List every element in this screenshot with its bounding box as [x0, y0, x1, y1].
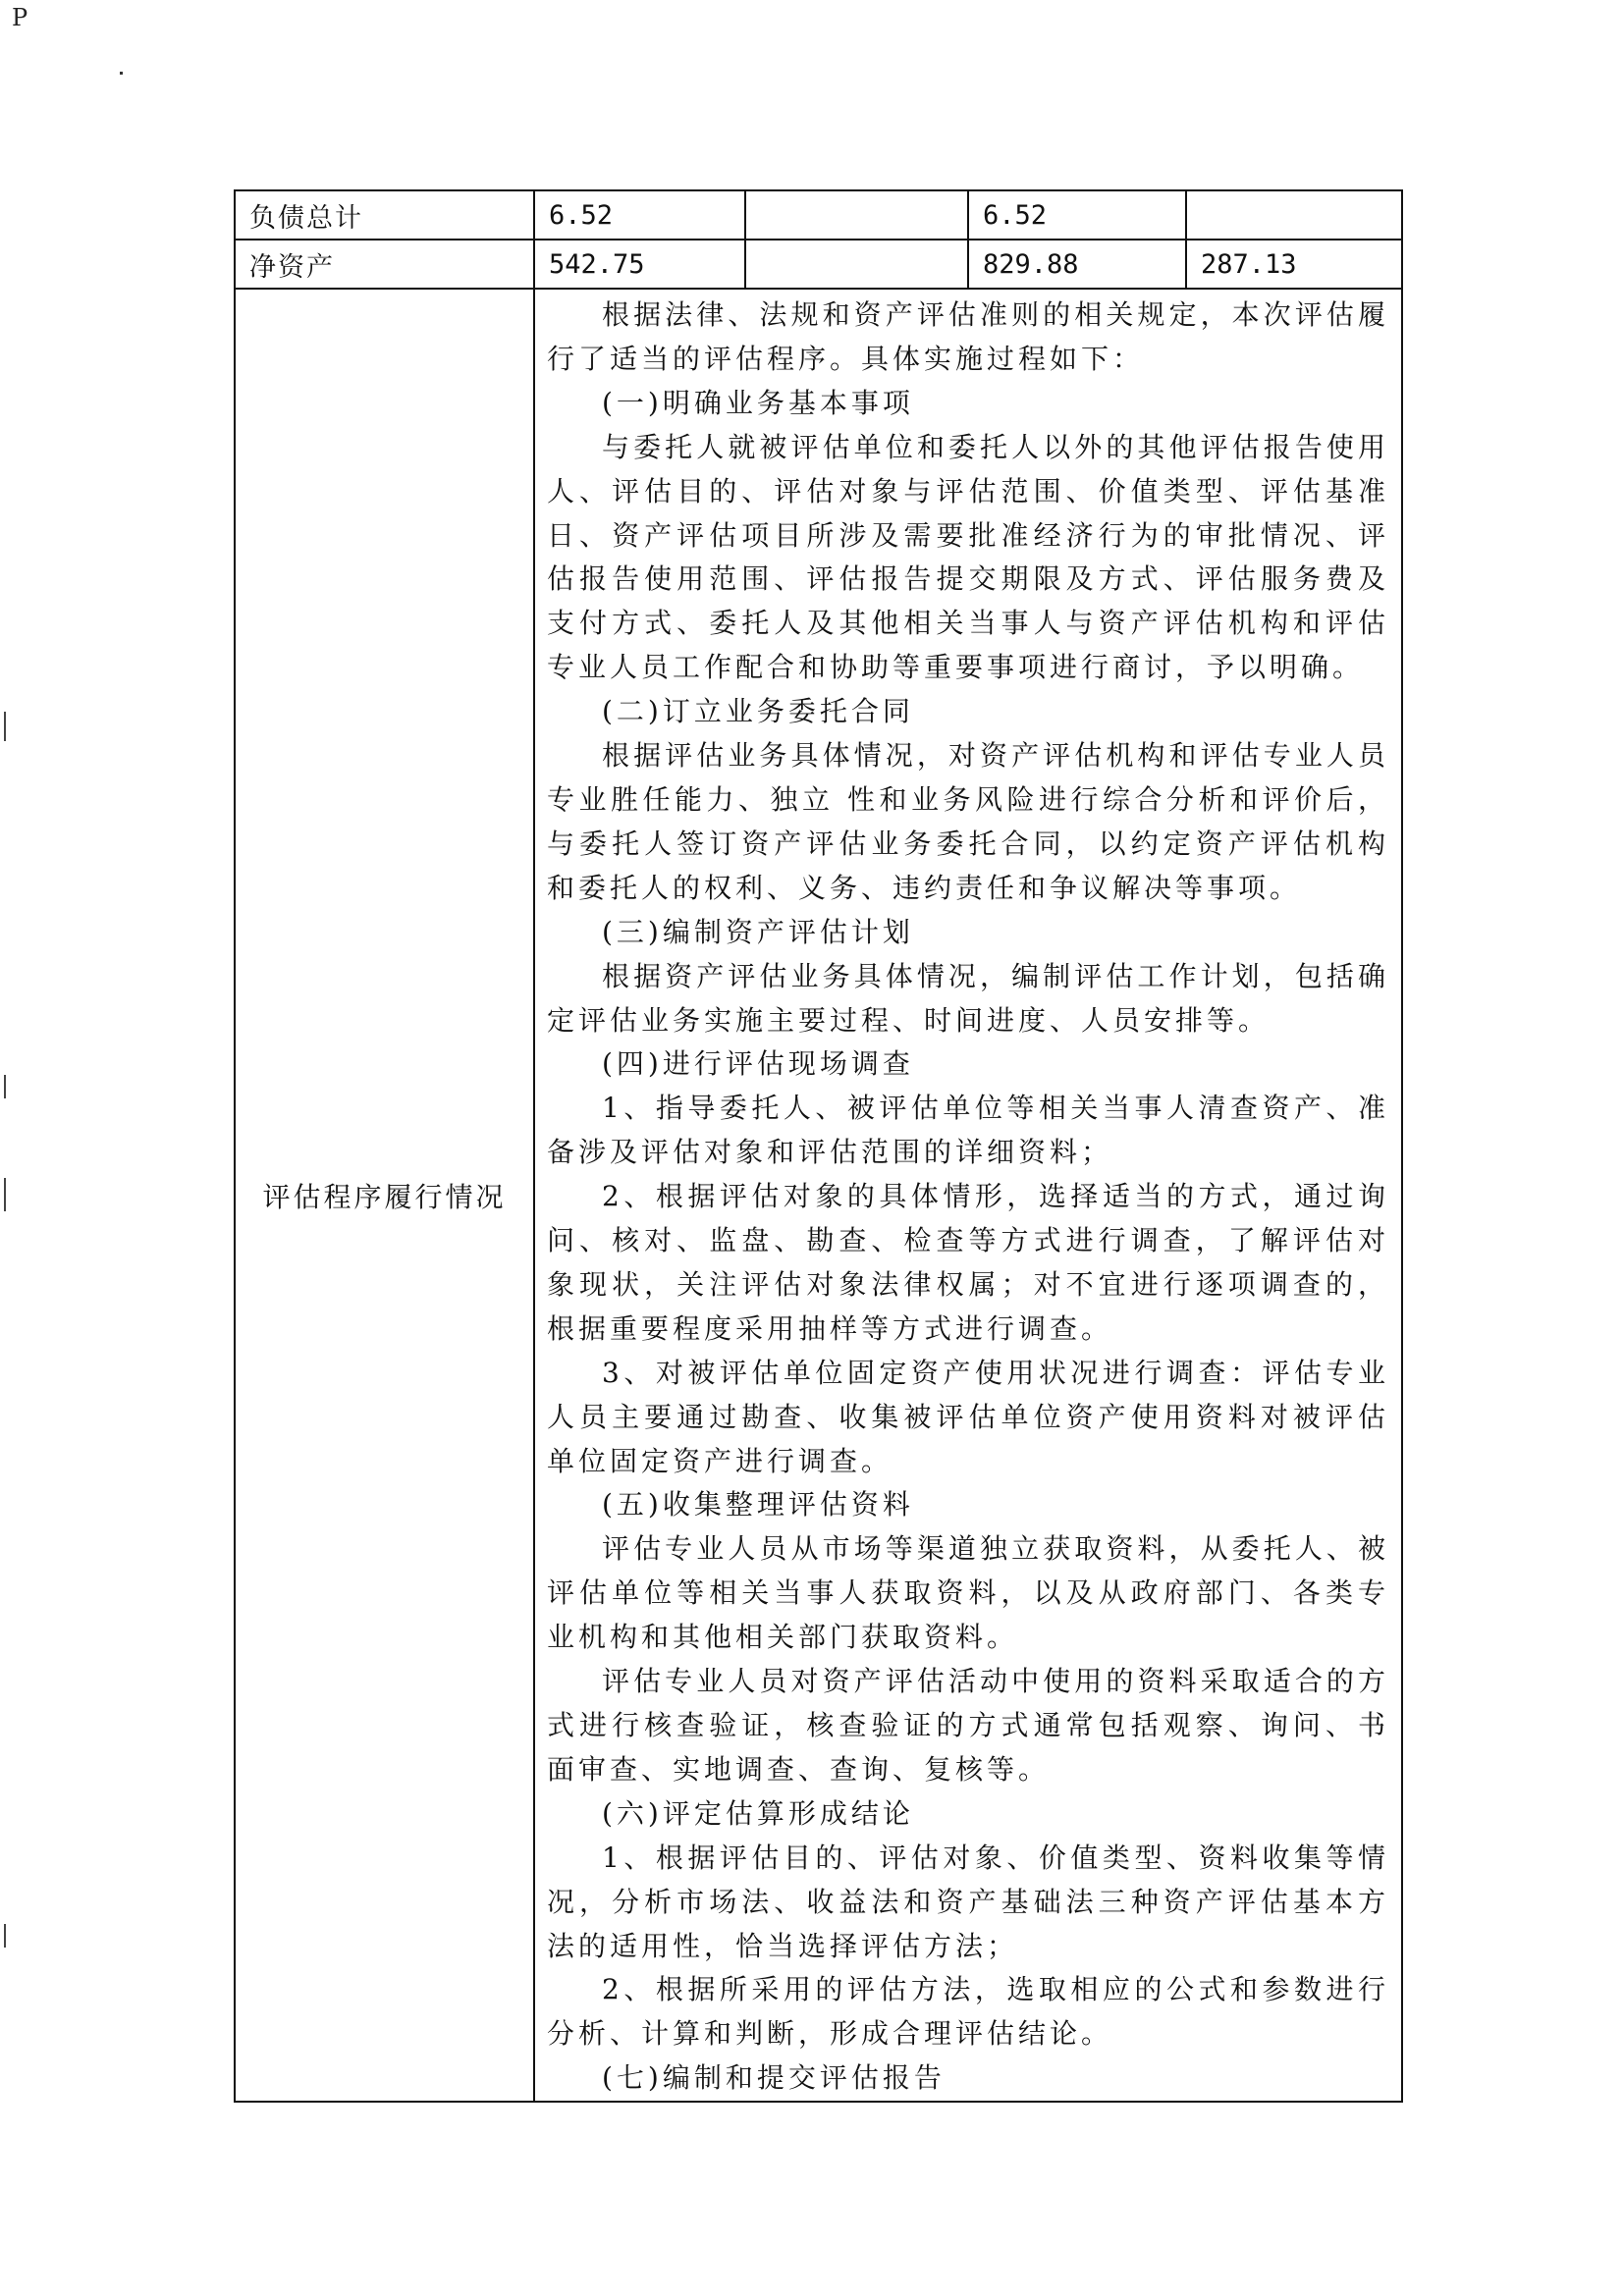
paragraph: 1、指导委托人、被评估单位等相关当事人清查资产、准备涉及评估对象和评估范围的详细…	[547, 1087, 1389, 1175]
paragraph: 2、根据所采用的评估方法，选取相应的公式和参数进行分析、计算和判断，形成合理评估…	[547, 1968, 1389, 2056]
cell-value	[1186, 190, 1402, 240]
cell-value: 6.52	[534, 190, 745, 240]
scan-corner-mark: P	[12, 4, 27, 31]
subheading: (四)进行评估现场调查	[547, 1042, 1389, 1087]
paragraph: 3、对被评估单位固定资产使用状况进行调查：评估专业人员主要通过勘查、收集被评估单…	[547, 1352, 1389, 1484]
paragraph: 评估专业人员从市场等渠道独立获取资料，从委托人、被评估单位等相关当事人获取资料，…	[547, 1527, 1389, 1660]
table-row-total-liabilities: 负债总计 6.52 6.52	[235, 190, 1402, 240]
section-label: 评估程序履行情况	[235, 289, 534, 2102]
subheading: (二)订立业务委托合同	[547, 690, 1389, 734]
subheading: (六)评定估算形成结论	[547, 1792, 1389, 1837]
cell-value: 6.52	[968, 190, 1186, 240]
table-row-procedure: 评估程序履行情况 根据法律、法规和资产评估准则的相关规定，本次评估履行了适当的评…	[235, 289, 1402, 2102]
cell-value: 287.13	[1186, 240, 1402, 289]
scan-edge-mark	[4, 1075, 6, 1098]
cell-value: 829.88	[968, 240, 1186, 289]
cell-value	[745, 190, 968, 240]
scan-edge-mark	[4, 1178, 6, 1211]
cell-value	[745, 240, 968, 289]
paragraph: 1、根据评估目的、评估对象、价值类型、资料收集等情况，分析市场法、收益法和资产基…	[547, 1837, 1389, 1969]
scan-edge-mark	[4, 712, 6, 741]
paragraph: 与委托人就被评估单位和委托人以外的其他评估报告使用人、评估目的、评估对象与评估范…	[547, 426, 1389, 690]
row-label: 负债总计	[235, 190, 534, 240]
subheading: (五)收集整理评估资料	[547, 1483, 1389, 1527]
paragraph: 根据资产评估业务具体情况，编制评估工作计划，包括确定评估业务实施主要过程、时间进…	[547, 955, 1389, 1043]
valuation-table: 负债总计 6.52 6.52 净资产 542.75 829.88 287.13 …	[234, 189, 1403, 2103]
row-label: 净资产	[235, 240, 534, 289]
cell-value: 542.75	[534, 240, 745, 289]
paragraph: 根据评估业务具体情况，对资产评估机构和评估专业人员专业胜任能力、独立 性和业务风…	[547, 734, 1389, 911]
subheading: (三)编制资产评估计划	[547, 911, 1389, 955]
section-body: 根据法律、法规和资产评估准则的相关规定，本次评估履行了适当的评估程序。具体实施过…	[534, 289, 1402, 2102]
paragraph: 根据法律、法规和资产评估准则的相关规定，本次评估履行了适当的评估程序。具体实施过…	[547, 294, 1389, 382]
scan-edge-mark	[4, 1924, 6, 1948]
subheading: (一)明确业务基本事项	[547, 382, 1389, 426]
paragraph: 评估专业人员对资产评估活动中使用的资料采取适合的方式进行核查验证，核查验证的方式…	[547, 1660, 1389, 1792]
table-row-net-assets: 净资产 542.75 829.88 287.13	[235, 240, 1402, 289]
paragraph: 2、根据评估对象的具体情形，选择适当的方式，通过询问、核对、监盘、勘查、检查等方…	[547, 1175, 1389, 1352]
subheading: (七)编制和提交评估报告	[547, 2056, 1389, 2101]
scan-speck	[120, 72, 123, 75]
